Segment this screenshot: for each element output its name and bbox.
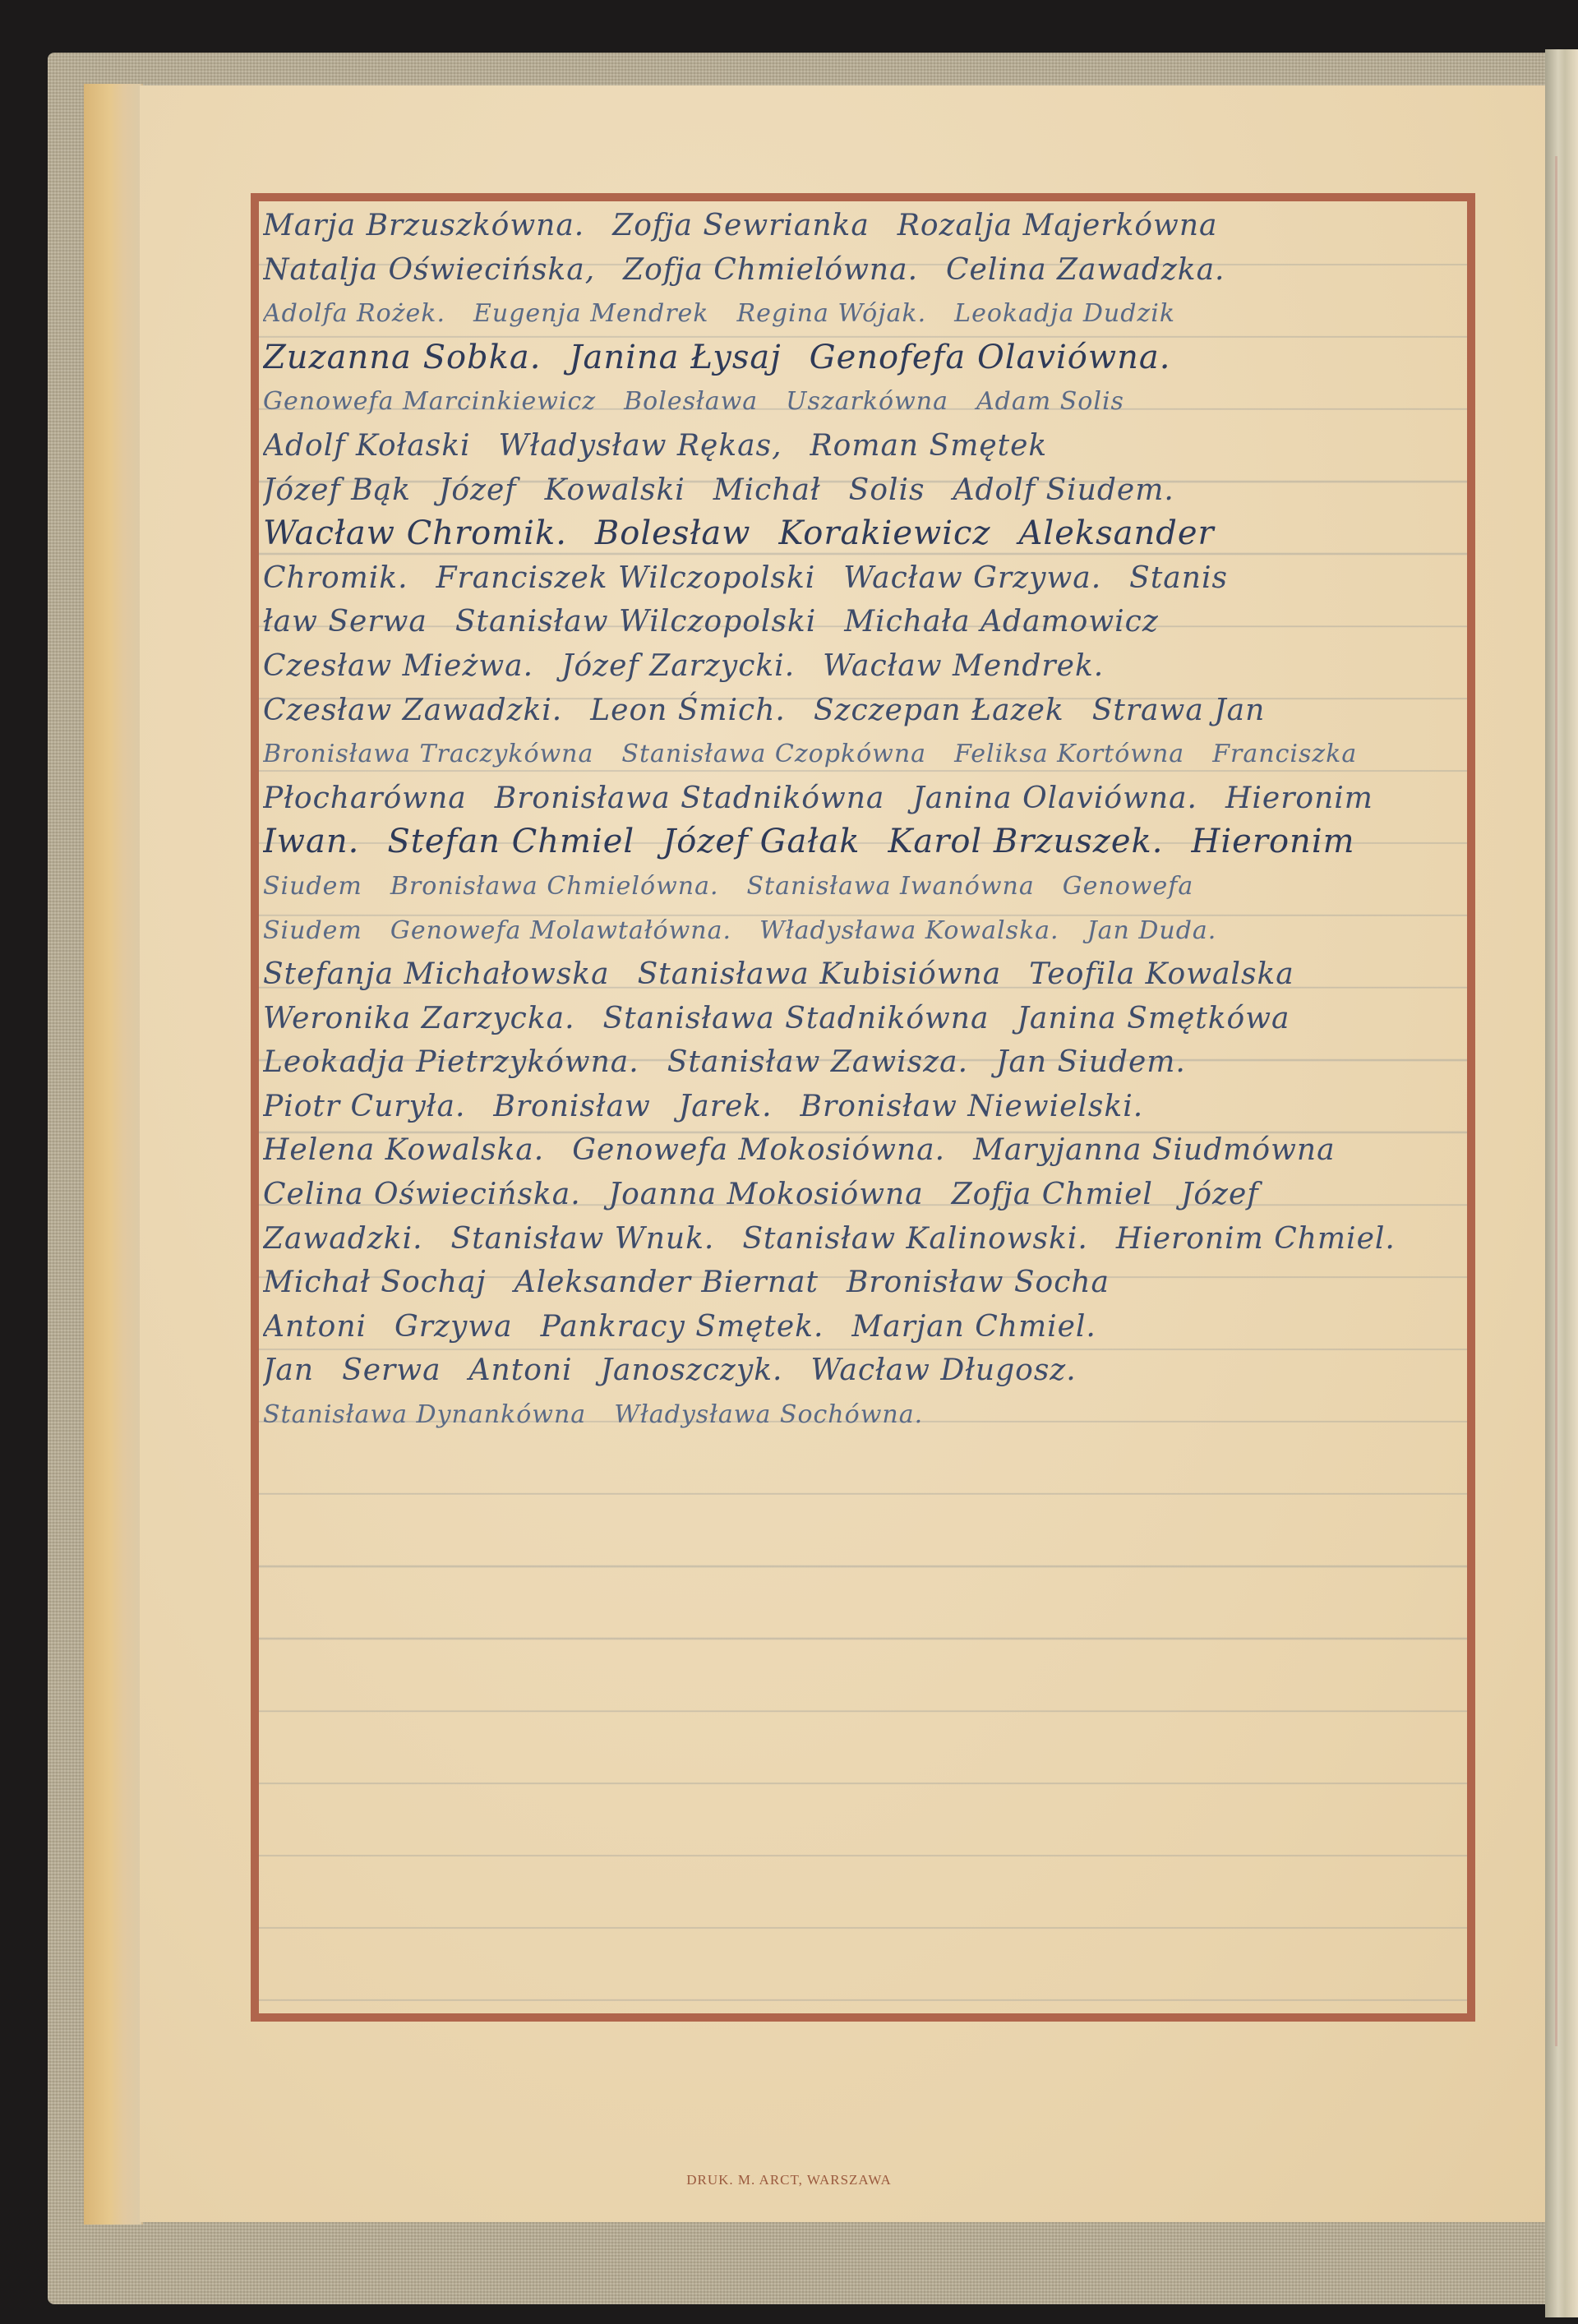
handwritten-line: Zuzanna Sobka.Janina ŁysajGenofefa Olavi… [263,336,1463,380]
printer-imprint: DRUK. M. ARCT, WARSZAWA [0,2172,1578,2188]
signature-name: Marjan Chmiel. [851,1310,1096,1344]
signature-name: Stanisław Kalinowski. [742,1222,1087,1256]
signature-name: Leokadja Pietrzykówna. [263,1045,639,1079]
signature-name: Wacław Długosz. [811,1353,1077,1387]
signature-name: Zuzanna Sobka. [263,339,541,376]
handwritten-line: Chromik.Franciszek WilczopolskiWacław Gr… [263,556,1463,601]
signature-name: Bolesława [624,387,758,416]
signature-name: Genofefa Olaviówna. [810,339,1171,376]
handwritten-line: ław SerwaStanisław WilczopolskiMichała A… [263,600,1463,644]
handwritten-line: Weronika Zarzycka.Stanisława Stadnikówna… [263,997,1463,1041]
signature-name: Genowefa Marcinkiewicz [263,387,596,416]
signature-name: Karol Brzuszek. [888,823,1163,860]
signature-name: Stanisław Wnuk. [451,1222,715,1256]
signature-name: Franciszka [1212,740,1357,768]
handwritten-line: Bronisława TraczykównaStanisława Czopków… [263,732,1463,777]
signature-name: Leokadja Dudzik [954,299,1175,328]
signature-name: Korakiewicz [778,514,990,552]
signature-name: Zofja Sewrianka [612,209,870,242]
signature-name: Józef Gałak [662,823,860,860]
signature-name: Franciszek Wilczopolski [436,561,816,595]
signature-name: Stanisława Iwanówna [747,872,1035,901]
handwritten-line: Piotr Curyła.BronisławJarek.Bronisław Ni… [263,1085,1463,1129]
signature-name: Bronisław Socha [847,1266,1110,1299]
adjacent-page-edge [1555,156,1578,2046]
signature-name: Stanisława Kubisiówna [638,957,1002,991]
signature-name: Szczepan Łazek [814,694,1064,727]
signature-name: Marja Brzuszkówna. [263,209,584,242]
handwritten-line: Zawadzki.Stanisław Wnuk.Stanisław Kalino… [263,1217,1463,1261]
handwritten-line: Michał SochajAleksander BiernatBronisław… [263,1261,1463,1305]
signature-name: Józef Zarzycki. [561,649,795,683]
signature-name: Solis [849,473,925,507]
signature-name: Stanisława Stadnikówna [603,1002,990,1035]
signature-name: Celina Zawadzka. [946,253,1225,287]
signature-name: Czesław Zawadzki. [263,694,562,727]
signature-name: Joanna Mokosiówna [609,1178,924,1211]
signature-name: Chromik. [263,561,408,595]
signature-name: Adolf Siudem. [953,473,1174,507]
page-stack-edges [84,84,143,2225]
signature-name: Józef [1181,1178,1259,1211]
signature-name: Stefanja Michałowska [263,957,610,991]
signature-name: Genowefa Mokosiówna. [572,1133,945,1167]
handwritten-line: Stanisława DynankównaWładysława Sochówna… [263,1393,1463,1437]
signature-name: Adolfa Rożek. [263,299,445,328]
handwritten-line: Czesław Zawadzki.Leon Śmich.Szczepan Łaz… [263,689,1463,733]
handwritten-line: Natalja Oświecińska,Zofja Chmielówna.Cel… [263,248,1463,293]
signature-name: Natalja Oświecińska, [263,253,595,287]
signature-name: Bronisława Stadnikówna [495,782,885,815]
handwritten-line: Stefanja MichałowskaStanisława Kubisiówn… [263,952,1463,997]
signature-name: Bronisława Traczykówna [263,740,593,768]
handwritten-line: Celina Oświecińska.Joanna MokosiównaZofj… [263,1173,1463,1217]
signature-name: Antoni [469,1353,573,1387]
handwritten-line: Genowefa MarcinkiewiczBolesławaUszarkówn… [263,380,1463,424]
signature-name: Jan Duda. [1087,916,1217,945]
signature-name: Eugenja Mendrek [473,299,709,328]
signature-name: Wacław Grzywa. [843,561,1101,595]
signature-name: Grzywa [394,1310,513,1344]
signature-name: Michał Sochaj [263,1266,487,1299]
signature-name: Wacław Mendrek. [823,649,1104,683]
signature-name: Janina Łysaj [569,339,781,376]
signature-name: Genowefa Molawtałówna. [390,916,731,945]
signature-name: Bolesław [595,514,751,552]
signature-name: Stanisław Wilczopolski [455,605,816,639]
handwritten-line: JanSerwaAntoniJanoszczyk.Wacław Długosz. [263,1349,1463,1393]
signature-name: Władysława Kowalska. [759,916,1059,945]
signature-name: Regina Wójak. [736,299,926,328]
signature-name: Michał [713,473,821,507]
handwritten-line: Adolfa Rożek.Eugenja MendrekRegina Wójak… [263,292,1463,336]
signature-name: Bronisława Chmielówna. [390,872,719,901]
signature-name: Uszarkówna [786,387,948,416]
signature-name: Helena Kowalska. [263,1133,544,1167]
signature-name: Rozalja Majerkówna [897,209,1218,242]
handwritten-line: SiudemBronisława Chmielówna.Stanisława I… [263,865,1463,909]
signature-name: Bronisław [493,1090,650,1123]
signature-name: Zawadzki. [263,1222,423,1256]
signature-name: Siudem [263,872,362,901]
handwritten-line: Wacław Chromik.BolesławKorakiewiczAleksa… [263,512,1463,556]
signature-name: Aleksander Biernat [514,1266,819,1299]
signature-name: Piotr Curyła. [263,1090,465,1123]
signature-name: Serwa [342,1353,441,1387]
handwritten-line: SiudemGenowefa Molawtałówna.Władysława K… [263,909,1463,953]
signature-name: Stanisława Czopkówna [621,740,926,768]
signature-name: Iwan. [263,823,359,860]
handwritten-line: PłocharównaBronisława StadnikównaJanina … [263,777,1463,821]
signature-name: Józef Bąk [263,473,411,507]
handwritten-line: Józef BąkJózefKowalskiMichałSolisAdolf S… [263,468,1463,513]
signature-name: Roman Smętek [810,429,1048,463]
signature-name: Hieronim Chmiel. [1116,1222,1396,1256]
signature-name: Stanisław Zawisza. [667,1045,968,1079]
signature-name: Antoni [263,1310,367,1344]
handwritten-line: Czesław Mieżwa.Józef Zarzycki.Wacław Men… [263,644,1463,689]
signature-name: Płocharówna [263,782,467,815]
signature-name: Genowefa [1063,872,1194,901]
signature-name: Stanisława Dynankówna [263,1400,586,1429]
signature-name: Władysława Sochówna. [614,1400,923,1429]
signature-name: Leon Śmich. [590,694,786,727]
signature-name: Michała Adamowicz [844,605,1159,639]
handwritten-line: Marja Brzuszkówna.Zofja SewriankaRozalja… [263,204,1463,248]
handwritten-line: Helena Kowalska.Genowefa Mokosiówna.Mary… [263,1128,1463,1173]
handwritten-line: AntoniGrzywaPankracy Smętek.Marjan Chmie… [263,1305,1463,1349]
signature-name: Zofja Chmielówna. [623,253,918,287]
signature-name: Hieronim [1192,823,1355,860]
signature-name: Strawa Jan [1092,694,1266,727]
signature-name: Pankracy Smętek. [541,1310,824,1344]
signature-name: Celina Oświecińska. [263,1178,581,1211]
signature-name: Adolf Kołaski [263,429,471,463]
signature-name: Władysław Rękas, [499,429,782,463]
signature-name: Janoszczyk. [601,1353,783,1387]
signature-name: Adam Solis [976,387,1124,416]
signature-name: Wacław Chromik. [263,514,567,552]
signature-name: Jan [263,1353,314,1387]
signature-name: Feliksa Kortówna [954,740,1184,768]
signature-name: Hieronim [1225,782,1373,815]
signature-name: Maryjanna Siudmówna [973,1133,1335,1167]
signature-name: Jarek. [679,1090,773,1123]
signature-name: Stanis [1129,561,1228,595]
signature-name: Siudem [263,916,362,945]
signature-name: Józef [439,473,517,507]
signature-name: Aleksander [1019,514,1215,552]
handwritten-line: Leokadja Pietrzykówna.Stanisław Zawisza.… [263,1040,1463,1085]
signature-name: Bronisław Niewielski. [801,1090,1144,1123]
signature-name: Janina Olaviówna. [912,782,1197,815]
handwritten-names-list: Marja Brzuszkówna.Zofja SewriankaRozalja… [263,204,1463,1437]
signature-name: Kowalski [545,473,685,507]
signature-name: Zofja Chmiel [952,1178,1153,1211]
handwritten-line: Adolf KołaskiWładysław Rękas,Roman Smęte… [263,424,1463,468]
signature-name: Stefan Chmiel [387,823,634,860]
signature-name: Czesław Mieżwa. [263,649,533,683]
handwritten-line: Iwan.Stefan ChmielJózef GałakKarol Brzus… [263,820,1463,865]
signature-name: Janina Smętkówa [1017,1002,1290,1035]
signature-name: Jan Siudem. [996,1045,1186,1079]
signature-name: ław Serwa [263,605,427,639]
signature-name: Weronika Zarzycka. [263,1002,575,1035]
signature-name: Teofila Kowalska [1029,957,1294,991]
